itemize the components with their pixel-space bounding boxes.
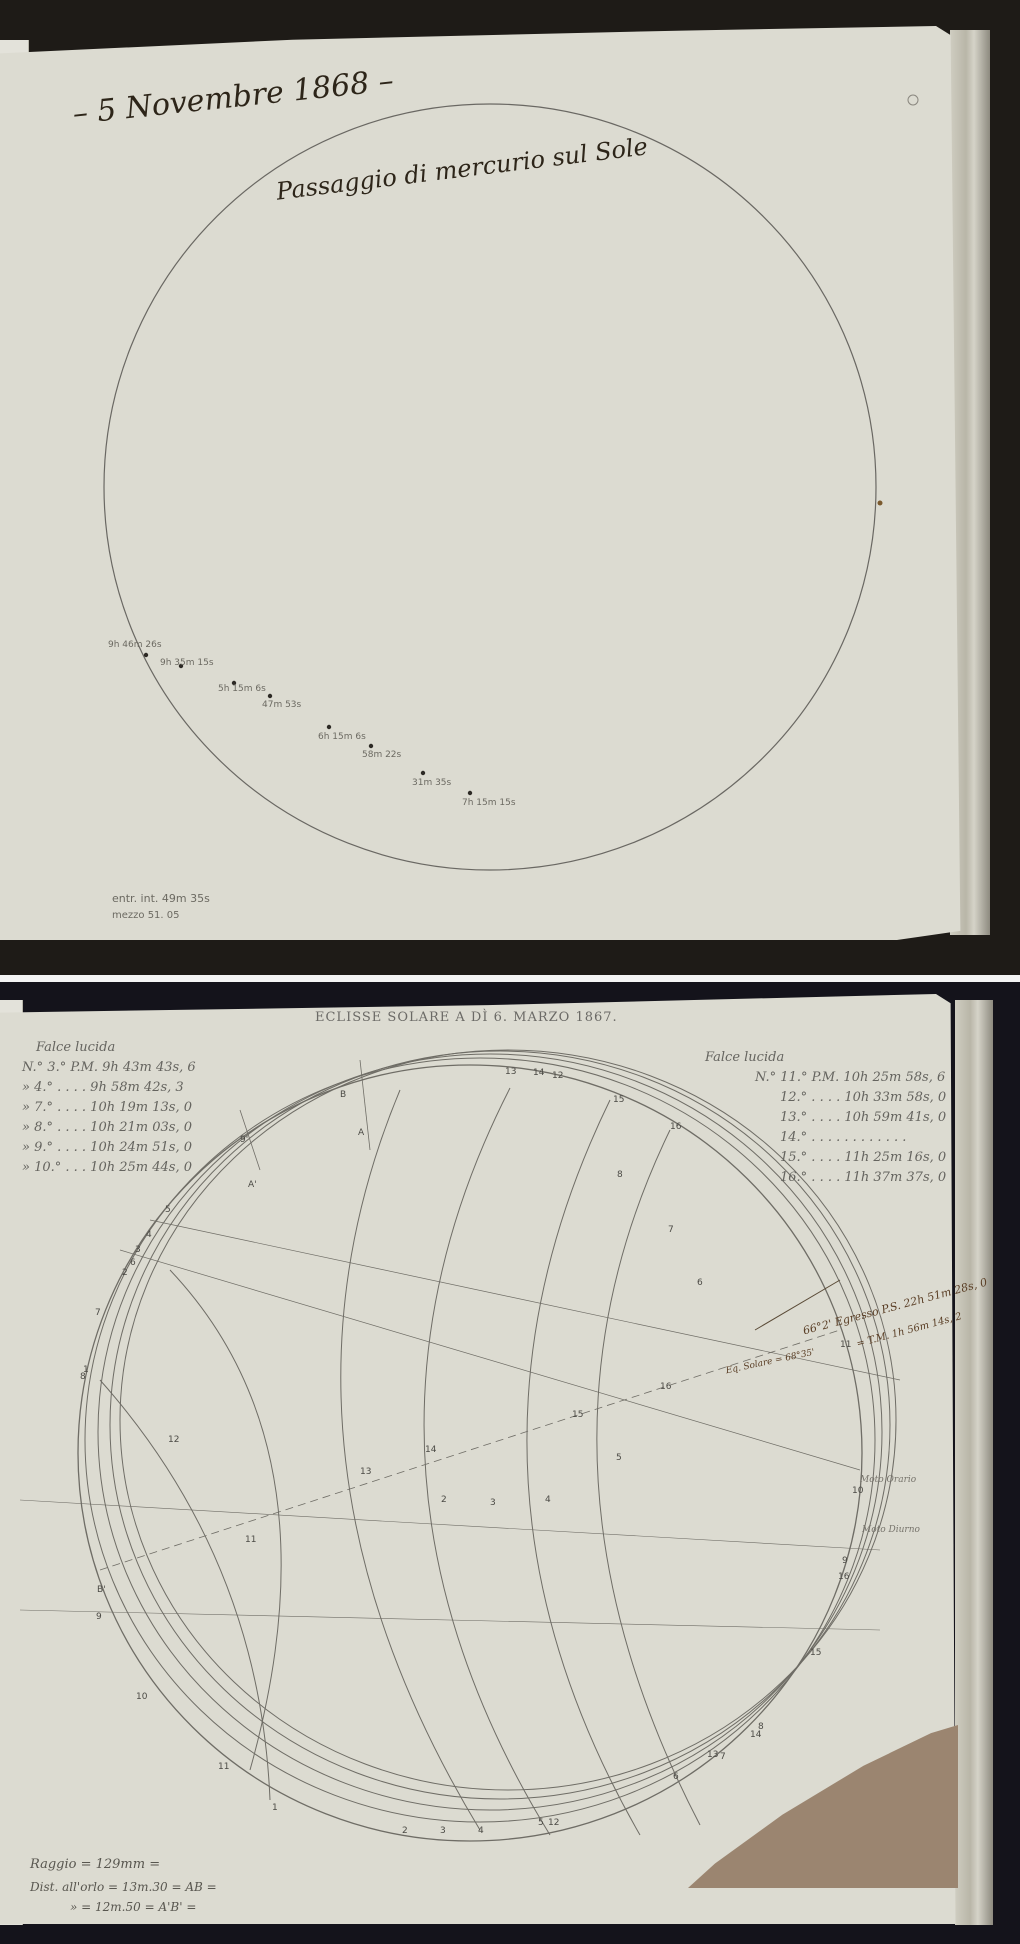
point-label: 13	[505, 1067, 516, 1077]
point-label: 10	[136, 1692, 147, 1702]
interior-point-label: 12	[168, 1435, 179, 1445]
point-label: 12	[548, 1818, 559, 1828]
point-label: 7	[668, 1225, 674, 1235]
point-label: 6	[673, 1772, 679, 1782]
point-label: 8	[758, 1722, 764, 1732]
point-label: 1	[83, 1365, 89, 1375]
distance-note-ab-prime: » = 12m.50 = A'B' =	[70, 1900, 196, 1914]
point-label: 11	[218, 1762, 229, 1772]
point-label: 16	[838, 1572, 849, 1582]
point-label: 6	[697, 1278, 703, 1288]
point-label: 13	[707, 1750, 718, 1760]
point-label: 9	[96, 1612, 102, 1622]
point-label: 16	[670, 1122, 681, 1132]
left-timing-table: Falce lucida N.° 3.° P.M. 9h 43m 43s, 6 …	[22, 1038, 196, 1178]
point-label: 2	[122, 1268, 128, 1278]
point-label: 7	[95, 1308, 101, 1318]
interior-point-label: 15	[572, 1410, 583, 1420]
interior-point-label: 14	[425, 1445, 436, 1455]
interior-point-label: 4	[545, 1495, 551, 1505]
point-label: 10	[852, 1486, 863, 1496]
table-row: » 8.° . . . . 10h 21m 03s, 0	[22, 1118, 196, 1138]
interior-point-label: 3	[490, 1498, 496, 1508]
table-row: » 4.° . . . . 9h 58m 42s, 3	[22, 1078, 196, 1098]
point-label: 5	[538, 1818, 544, 1828]
point-label: A	[358, 1128, 364, 1138]
right-timing-table: Falce lucida N.° 11.° P.M. 10h 25m 58s, …	[705, 1048, 946, 1188]
point-label: 15	[613, 1095, 624, 1105]
point-label: 15	[810, 1648, 821, 1658]
interior-point-label: 16	[660, 1382, 671, 1392]
table-row: » 7.° . . . . 10h 19m 13s, 0	[22, 1098, 196, 1118]
table-heading: Falce lucida	[22, 1038, 196, 1058]
interior-point-label: 11	[245, 1535, 256, 1545]
table-row: 15.° . . . . 11h 25m 16s, 0	[705, 1148, 946, 1168]
point-label: 2	[402, 1826, 408, 1836]
point-label: 4	[478, 1826, 484, 1836]
point-label: 12	[552, 1071, 563, 1081]
side-label-orario: Moto Orario	[860, 1475, 916, 1485]
table-row: » 10.° . . . 10h 25m 44s, 0	[22, 1158, 196, 1178]
point-label: 14	[533, 1068, 544, 1078]
point-label: 9'	[240, 1135, 248, 1145]
table-row: N.° 3.° P.M. 9h 43m 43s, 6	[22, 1058, 196, 1078]
point-label: 3	[440, 1826, 446, 1836]
point-label: 6	[130, 1258, 136, 1268]
table-row: 14.° . . . . . . . . . . . .	[705, 1128, 946, 1148]
table-row: 13.° . . . . 10h 59m 41s, 0	[705, 1108, 946, 1128]
point-label: 5	[165, 1205, 171, 1215]
point-label: A'	[248, 1180, 257, 1190]
distance-note-ab: Dist. all'orlo = 13m.30 = AB =	[30, 1880, 217, 1894]
radius-note: Raggio = 129mm =	[30, 1857, 160, 1872]
table-row: » 9.° . . . . 10h 24m 51s, 0	[22, 1138, 196, 1158]
point-label: 1	[272, 1803, 278, 1813]
interior-point-label: 13	[360, 1467, 371, 1477]
table-row: 16.° . . . . 11h 37m 37s, 0	[705, 1168, 946, 1188]
point-label: B	[340, 1090, 346, 1100]
table-heading: Falce lucida	[705, 1048, 946, 1068]
side-label-diurno: Moto Diurno	[862, 1525, 920, 1535]
point-label: 3	[135, 1245, 141, 1255]
eclipse-title: ECLISSE SOLARE A DÌ 6. MARZO 1867.	[315, 1010, 618, 1025]
point-label: 4	[146, 1230, 152, 1240]
point-label: 11	[840, 1340, 851, 1350]
eclipse-construction-drawing	[0, 0, 1020, 1944]
interior-point-label: 2	[441, 1495, 447, 1505]
point-label: 7	[720, 1752, 726, 1762]
point-label: B'	[97, 1585, 106, 1595]
point-label: 8	[617, 1170, 623, 1180]
point-label: 9	[842, 1556, 848, 1566]
table-row: N.° 11.° P.M. 10h 25m 58s, 6	[705, 1068, 946, 1088]
table-row: 12.° . . . . 10h 33m 58s, 0	[705, 1088, 946, 1108]
interior-point-label: 5	[616, 1453, 622, 1463]
